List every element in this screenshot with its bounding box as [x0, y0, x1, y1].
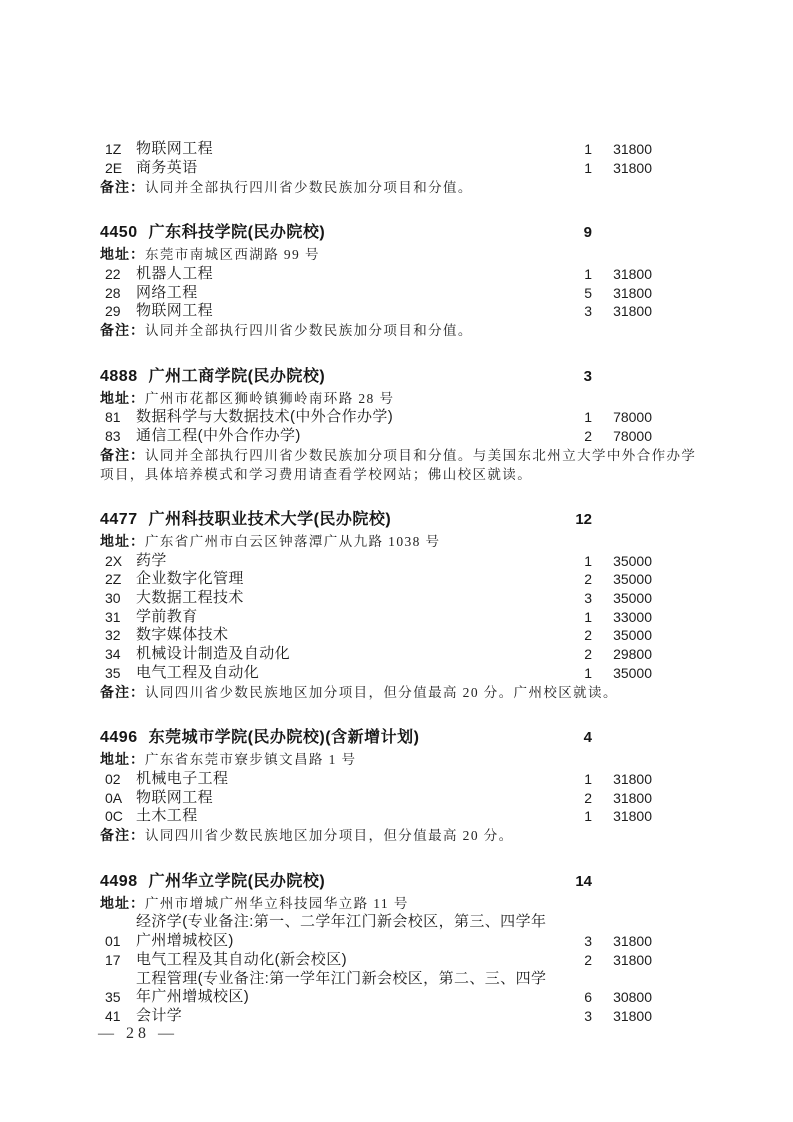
major-code: 0C	[105, 807, 127, 826]
major-tuition-fee: 31800	[592, 932, 652, 951]
address-line: 地址：广东省东莞市寮步镇文昌路 1 号	[100, 751, 712, 769]
note-line: 备注：认同四川省少数民族地区加分项目，但分值最高 20 分。	[100, 826, 710, 845]
major-plan-count: 1	[556, 552, 592, 571]
major-code: 17	[105, 951, 127, 970]
major-code: 2X	[105, 552, 127, 571]
address-value: 广州市花都区狮岭镇狮岭南环路 28 号	[145, 391, 394, 406]
leading-note-text: 认同并全部执行四川省少数民族加分项目和分值。	[145, 180, 473, 195]
major-name: 物联网工程	[127, 140, 556, 159]
address-value: 广东省东莞市寮步镇文昌路 1 号	[145, 752, 356, 767]
major-plan-count: 1	[556, 159, 592, 178]
school-name: 广州工商学院(民办院校)	[149, 367, 556, 387]
major-code: 02	[105, 770, 127, 789]
major-row: 02 机械电子工程 1 31800	[100, 770, 652, 789]
major-tuition-fee: 29800	[592, 645, 652, 664]
major-code: 41	[105, 1007, 127, 1026]
schools-list: 4450 广东科技学院(民办院校) 9 地址：东莞市南城区西湖路 99 号 22…	[100, 223, 712, 1025]
major-plan-count: 1	[556, 807, 592, 826]
major-plan-count: 2	[556, 570, 592, 589]
major-tuition-fee: 31800	[592, 159, 652, 178]
major-tuition-fee: 35000	[592, 626, 652, 645]
school-total-plan: 9	[556, 223, 592, 243]
page-content: 1Z 物联网工程 1 31800 2E 商务英语 1 31800 备注：认同并全…	[100, 140, 712, 1026]
major-row: 22 机器人工程 1 31800	[100, 265, 652, 284]
note-text: 认同四川省少数民族地区加分项目，但分值最高 20 分。	[145, 828, 514, 843]
major-plan-count: 1	[556, 408, 592, 427]
major-tuition-fee: 31800	[592, 770, 652, 789]
major-plan-count: 2	[556, 789, 592, 808]
major-plan-count: 3	[556, 1007, 592, 1026]
school-code: 4496	[100, 728, 138, 748]
major-name: 学前教育	[127, 608, 556, 627]
major-tuition-fee: 31800	[592, 284, 652, 303]
major-row: 2E 商务英语 1 31800	[100, 159, 652, 178]
school-header: 4888 广州工商学院(民办院校) 3	[100, 367, 652, 387]
major-row: 01 经济学(专业备注:第一、二学年江门新会校区，第三、四学年广州增城校区) 3…	[100, 913, 652, 950]
address-line: 地址：广东省广州市白云区钟落潭广从九路 1038 号	[100, 533, 712, 551]
school-header: 4477 广州科技职业技术大学(民办院校) 12	[100, 510, 652, 530]
major-name: 经济学(专业备注:第一、二学年江门新会校区，第三、四学年广州增城校区)	[127, 913, 556, 950]
address-label: 地址：	[100, 751, 145, 767]
major-name: 药学	[127, 552, 556, 571]
major-tuition-fee: 35000	[592, 589, 652, 608]
major-name: 商务英语	[127, 159, 556, 178]
school-total-plan: 14	[556, 872, 592, 892]
school-total-plan: 4	[556, 728, 592, 748]
major-name: 机器人工程	[127, 265, 556, 284]
note-line: 备注：认同四川省少数民族地区加分项目，但分值最高 20 分。广州校区就读。	[100, 683, 710, 702]
school-code: 4477	[100, 510, 138, 530]
major-row: 30 大数据工程技术 3 35000	[100, 589, 652, 608]
note-line: 备注：认同并全部执行四川省少数民族加分项目和分值。	[100, 321, 710, 340]
major-plan-count: 1	[556, 265, 592, 284]
major-name: 物联网工程	[127, 302, 556, 321]
school-header: 4496 东莞城市学院(民办院校)(含新增计划) 4	[100, 728, 652, 748]
note-label: 备注：	[100, 684, 145, 700]
major-plan-count: 1	[556, 140, 592, 159]
school-name: 东莞城市学院(民办院校)(含新增计划)	[149, 728, 556, 748]
school-name: 广州华立学院(民办院校)	[149, 872, 556, 892]
major-tuition-fee: 78000	[592, 408, 652, 427]
major-name: 机械电子工程	[127, 770, 556, 789]
major-name: 物联网工程	[127, 789, 556, 808]
major-name: 大数据工程技术	[127, 589, 556, 608]
major-row: 81 数据科学与大数据技术(中外合作办学) 1 78000	[100, 408, 652, 427]
major-tuition-fee: 31800	[592, 951, 652, 970]
major-plan-count: 6	[556, 988, 592, 1007]
major-tuition-fee: 31800	[592, 1007, 652, 1026]
document-page: 1Z 物联网工程 1 31800 2E 商务英语 1 31800 备注：认同并全…	[0, 0, 793, 1122]
major-plan-count: 2	[556, 951, 592, 970]
school-section: 4498 广州华立学院(民办院校) 14 地址：广州市增城广州华立科技园华立路 …	[100, 872, 712, 1026]
note-text: 认同四川省少数民族地区加分项目，但分值最高 20 分。广州校区就读。	[145, 685, 618, 700]
school-header: 4450 广东科技学院(民办院校) 9	[100, 223, 652, 243]
major-tuition-fee: 31800	[592, 807, 652, 826]
major-code: 35	[105, 988, 127, 1007]
major-row: 29 物联网工程 3 31800	[100, 302, 652, 321]
major-name: 工程管理(专业备注:第一学年江门新会校区，第二、三、四学年广州增城校区)	[127, 970, 556, 1007]
school-total-plan: 3	[556, 367, 592, 387]
major-tuition-fee: 78000	[592, 427, 652, 446]
school-section: 4477 广州科技职业技术大学(民办院校) 12 地址：广东省广州市白云区钟落潭…	[100, 510, 712, 702]
major-row: 2X 药学 1 35000	[100, 552, 652, 571]
school-total-plan: 12	[556, 510, 592, 530]
major-name: 数据科学与大数据技术(中外合作办学)	[127, 408, 556, 427]
address-value: 广东省广州市白云区钟落潭广从九路 1038 号	[145, 534, 440, 549]
school-section: 4888 广州工商学院(民办院校) 3 地址：广州市花都区狮岭镇狮岭南环路 28…	[100, 367, 712, 484]
major-tuition-fee: 31800	[592, 140, 652, 159]
note-line: 备注：认同并全部执行四川省少数民族加分项目和分值。	[100, 178, 710, 197]
major-row: 32 数字媒体技术 2 35000	[100, 626, 652, 645]
major-list: 22 机器人工程 1 31800 28 网络工程 5 31800 29 物联网工…	[100, 265, 712, 321]
school-header: 4498 广州华立学院(民办院校) 14	[100, 872, 652, 892]
major-row: 34 机械设计制造及自动化 2 29800	[100, 645, 652, 664]
school-section: 4496 东莞城市学院(民办院校)(含新增计划) 4 地址：广东省东莞市寮步镇文…	[100, 728, 712, 846]
leading-majors: 1Z 物联网工程 1 31800 2E 商务英语 1 31800	[100, 140, 712, 177]
major-tuition-fee: 31800	[592, 789, 652, 808]
major-code: 2E	[105, 159, 127, 178]
major-plan-count: 3	[556, 302, 592, 321]
address-line: 地址：广州市花都区狮岭镇狮岭南环路 28 号	[100, 390, 712, 408]
major-name: 企业数字化管理	[127, 570, 556, 589]
address-value: 东莞市南城区西湖路 99 号	[145, 247, 320, 262]
major-row: 0C 土木工程 1 31800	[100, 807, 652, 826]
major-row: 35 电气工程及自动化 1 35000	[100, 664, 652, 683]
address-value: 广州市增城广州华立科技园华立路 11 号	[145, 896, 409, 911]
major-plan-count: 3	[556, 932, 592, 951]
major-plan-count: 1	[556, 608, 592, 627]
address-label: 地址：	[100, 895, 145, 911]
note-line: 备注：认同并全部执行四川省少数民族加分项目和分值。与美国东北州立大学中外合作办学…	[100, 446, 710, 484]
major-plan-count: 1	[556, 770, 592, 789]
major-row: 1Z 物联网工程 1 31800	[100, 140, 652, 159]
school-name: 广州科技职业技术大学(民办院校)	[149, 510, 556, 530]
major-row: 41 会计学 3 31800	[100, 1007, 652, 1026]
major-tuition-fee: 35000	[592, 552, 652, 571]
school-code: 4450	[100, 223, 138, 243]
major-name: 数字媒体技术	[127, 626, 556, 645]
major-row: 0A 物联网工程 2 31800	[100, 789, 652, 808]
major-list: 01 经济学(专业备注:第一、二学年江门新会校区，第三、四学年广州增城校区) 3…	[100, 913, 712, 1025]
major-name: 土木工程	[127, 807, 556, 826]
address-line: 地址：广州市增城广州华立科技园华立路 11 号	[100, 895, 712, 913]
address-label: 地址：	[100, 390, 145, 406]
major-code: 30	[105, 589, 127, 608]
major-list: 02 机械电子工程 1 31800 0A 物联网工程 2 31800 0C 土木…	[100, 770, 712, 826]
major-plan-count: 2	[556, 626, 592, 645]
major-plan-count: 1	[556, 664, 592, 683]
major-row: 31 学前教育 1 33000	[100, 608, 652, 627]
note-text: 认同并全部执行四川省少数民族加分项目和分值。	[145, 323, 473, 338]
school-section: 4450 广东科技学院(民办院校) 9 地址：东莞市南城区西湖路 99 号 22…	[100, 223, 712, 341]
major-name: 会计学	[127, 1007, 556, 1026]
page-number: — 28 —	[98, 1025, 178, 1043]
major-row: 28 网络工程 5 31800	[100, 284, 652, 303]
major-row: 83 通信工程(中外合作办学) 2 78000	[100, 427, 652, 446]
major-tuition-fee: 33000	[592, 608, 652, 627]
major-tuition-fee: 35000	[592, 664, 652, 683]
major-code: 0A	[105, 789, 127, 808]
major-code: 34	[105, 645, 127, 664]
major-plan-count: 2	[556, 427, 592, 446]
note-label: 备注：	[100, 827, 145, 843]
major-code: 83	[105, 427, 127, 446]
major-row: 17 电气工程及其自动化(新会校区) 2 31800	[100, 951, 652, 970]
note-text: 认同并全部执行四川省少数民族加分项目和分值。与美国东北州立大学中外合作办学项目，…	[100, 448, 696, 481]
major-tuition-fee: 31800	[592, 265, 652, 284]
note-label: 备注：	[100, 447, 145, 463]
major-plan-count: 2	[556, 645, 592, 664]
major-name: 机械设计制造及自动化	[127, 645, 556, 664]
major-code: 29	[105, 302, 127, 321]
address-label: 地址：	[100, 533, 145, 549]
major-code: 2Z	[105, 570, 127, 589]
major-code: 01	[105, 932, 127, 951]
major-list: 81 数据科学与大数据技术(中外合作办学) 1 78000 83 通信工程(中外…	[100, 408, 712, 445]
major-tuition-fee: 35000	[592, 570, 652, 589]
major-name: 通信工程(中外合作办学)	[127, 427, 556, 446]
major-name: 网络工程	[127, 284, 556, 303]
major-code: 35	[105, 664, 127, 683]
leading-section: 1Z 物联网工程 1 31800 2E 商务英语 1 31800 备注：认同并全…	[100, 140, 712, 197]
major-list: 2X 药学 1 35000 2Z 企业数字化管理 2 35000 30 大数据工…	[100, 552, 712, 683]
major-name: 电气工程及其自动化(新会校区)	[127, 951, 556, 970]
major-tuition-fee: 30800	[592, 988, 652, 1007]
major-plan-count: 5	[556, 284, 592, 303]
major-code: 28	[105, 284, 127, 303]
major-row: 35 工程管理(专业备注:第一学年江门新会校区，第二、三、四学年广州增城校区) …	[100, 970, 652, 1007]
note-label: 备注：	[100, 322, 145, 338]
address-line: 地址：东莞市南城区西湖路 99 号	[100, 246, 712, 264]
major-row: 2Z 企业数字化管理 2 35000	[100, 570, 652, 589]
major-code: 31	[105, 608, 127, 627]
school-code: 4888	[100, 367, 138, 387]
major-code: 22	[105, 265, 127, 284]
address-label: 地址：	[100, 246, 145, 262]
note-label: 备注：	[100, 179, 145, 195]
school-code: 4498	[100, 872, 138, 892]
major-code: 81	[105, 408, 127, 427]
school-name: 广东科技学院(民办院校)	[149, 223, 556, 243]
major-code: 32	[105, 626, 127, 645]
major-plan-count: 3	[556, 589, 592, 608]
major-code: 1Z	[105, 140, 127, 159]
major-tuition-fee: 31800	[592, 302, 652, 321]
major-name: 电气工程及自动化	[127, 664, 556, 683]
